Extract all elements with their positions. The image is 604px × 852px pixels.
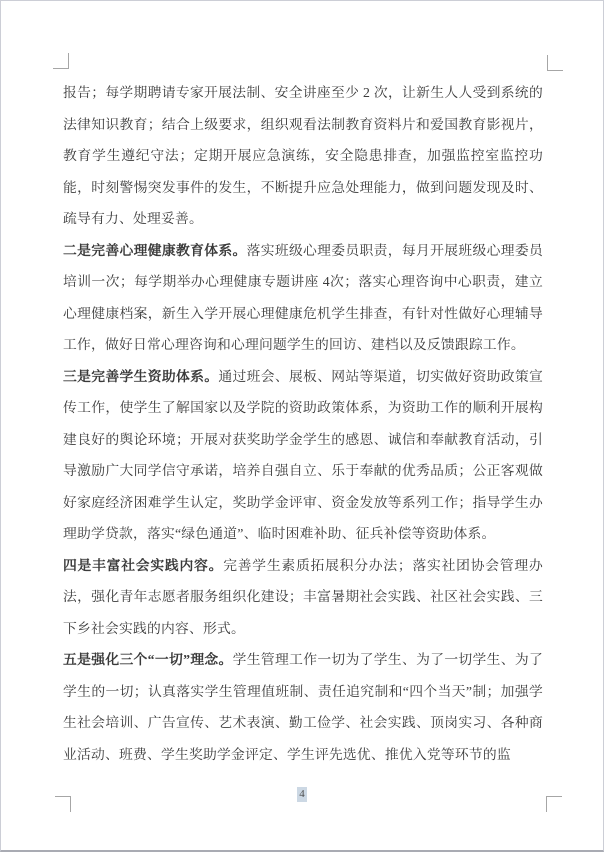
document-body[interactable]: 报告；每学期聘请专家开展法制、安全讲座至少 2 次，让新生人人受到系统的法律知识… <box>63 77 543 770</box>
paragraph-text: 学生管理工作一切为了学生、为了一切学生、为了学生的一切；认真落实学生管理值班制、… <box>63 652 543 762</box>
paragraph[interactable]: 三是完善学生资助体系。通过班会、展板、网站等渠道，切实做好资助政策宣传工作，使学… <box>63 361 543 550</box>
paragraph-lead: 五是强化三个“一切”理念。 <box>63 652 233 667</box>
paragraph[interactable]: 二是完善心理健康教育体系。落实班级心理委员职责，每月开展班级心理委员培训一次；每… <box>63 235 543 361</box>
page-number[interactable]: 4 <box>297 787 307 802</box>
paragraph-lead: 三是完善学生资助体系。 <box>63 369 218 384</box>
paragraph-lead: 四是丰富社会实践内容。 <box>63 558 223 573</box>
paragraph-text: 通过班会、展板、网站等渠道，切实做好资助政策宣传工作，使学生了解国家以及学院的资… <box>63 369 543 542</box>
paragraph-lead: 二是完善心理健康教育体系。 <box>63 243 247 258</box>
crop-mark-top-left <box>53 53 69 69</box>
paragraph-text: 落实班级心理委员职责，每月开展班级心理委员培训一次；每学期举办心理健康专题讲座 … <box>63 243 543 353</box>
paragraph-text: 报告；每学期聘请专家开展法制、安全讲座至少 2 次，让新生人人受到系统的法律知识… <box>63 85 543 226</box>
page-footer: 4 <box>1 784 603 802</box>
crop-mark-top-right <box>547 55 563 71</box>
paragraph[interactable]: 五是强化三个“一切”理念。学生管理工作一切为了学生、为了一切学生、为了学生的一切… <box>63 644 543 770</box>
paragraph[interactable]: 四是丰富社会实践内容。完善学生素质拓展积分办法；落实社团协会管理办法，强化青年志… <box>63 550 543 645</box>
paragraph[interactable]: 报告；每学期聘请专家开展法制、安全讲座至少 2 次，让新生人人受到系统的法律知识… <box>63 77 543 235</box>
document-page: 报告；每学期聘请专家开展法制、安全讲座至少 2 次，让新生人人受到系统的法律知识… <box>0 0 604 852</box>
